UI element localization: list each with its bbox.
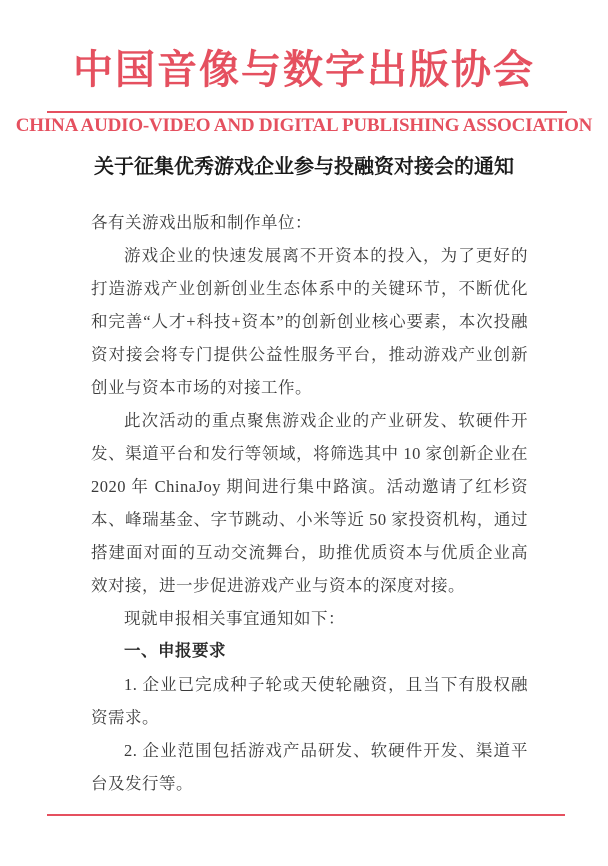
notice-title: 关于征集优秀游戏企业参与投融资对接会的通知 [0,152,608,182]
list-item-requirement-1: 1. 企业已完成种子轮或天使轮融资，且当下有股权融资需求。 [91,668,528,734]
org-name-english: CHINA AUDIO-VIDEO AND DIGITAL PUBLISHING… [0,114,608,138]
org-name-chinese: 中国音像与数字出版协会 [0,44,608,96]
salutation: 各有关游戏出版和制作单位： [91,206,528,239]
notice-body: 各有关游戏出版和制作单位： 游戏企业的快速发展离不开资本的投入，为了更好的打造游… [91,206,528,800]
list-item-requirement-2: 2. 企业范围包括游戏产品研发、软硬件开发、渠道平台及发行等。 [91,734,528,800]
paragraph-lead-in: 现就申报相关事宜通知如下： [91,602,528,635]
paragraph-event-details: 此次活动的重点聚焦游戏企业的产业研发、软硬件开发、渠道平台和发行等领域，将筛选其… [91,404,528,602]
letterhead-divider [47,111,567,113]
paragraph-intro: 游戏企业的快速发展离不开资本的投入，为了更好的打造游戏产业创新创业生态体系中的关… [91,239,528,404]
footer-divider [47,814,565,816]
section-heading-application-requirements: 一、申报要求 [91,635,528,668]
scanned-notice-page: 中国音像与数字出版协会 CHINA AUDIO-VIDEO AND DIGITA… [0,0,608,866]
